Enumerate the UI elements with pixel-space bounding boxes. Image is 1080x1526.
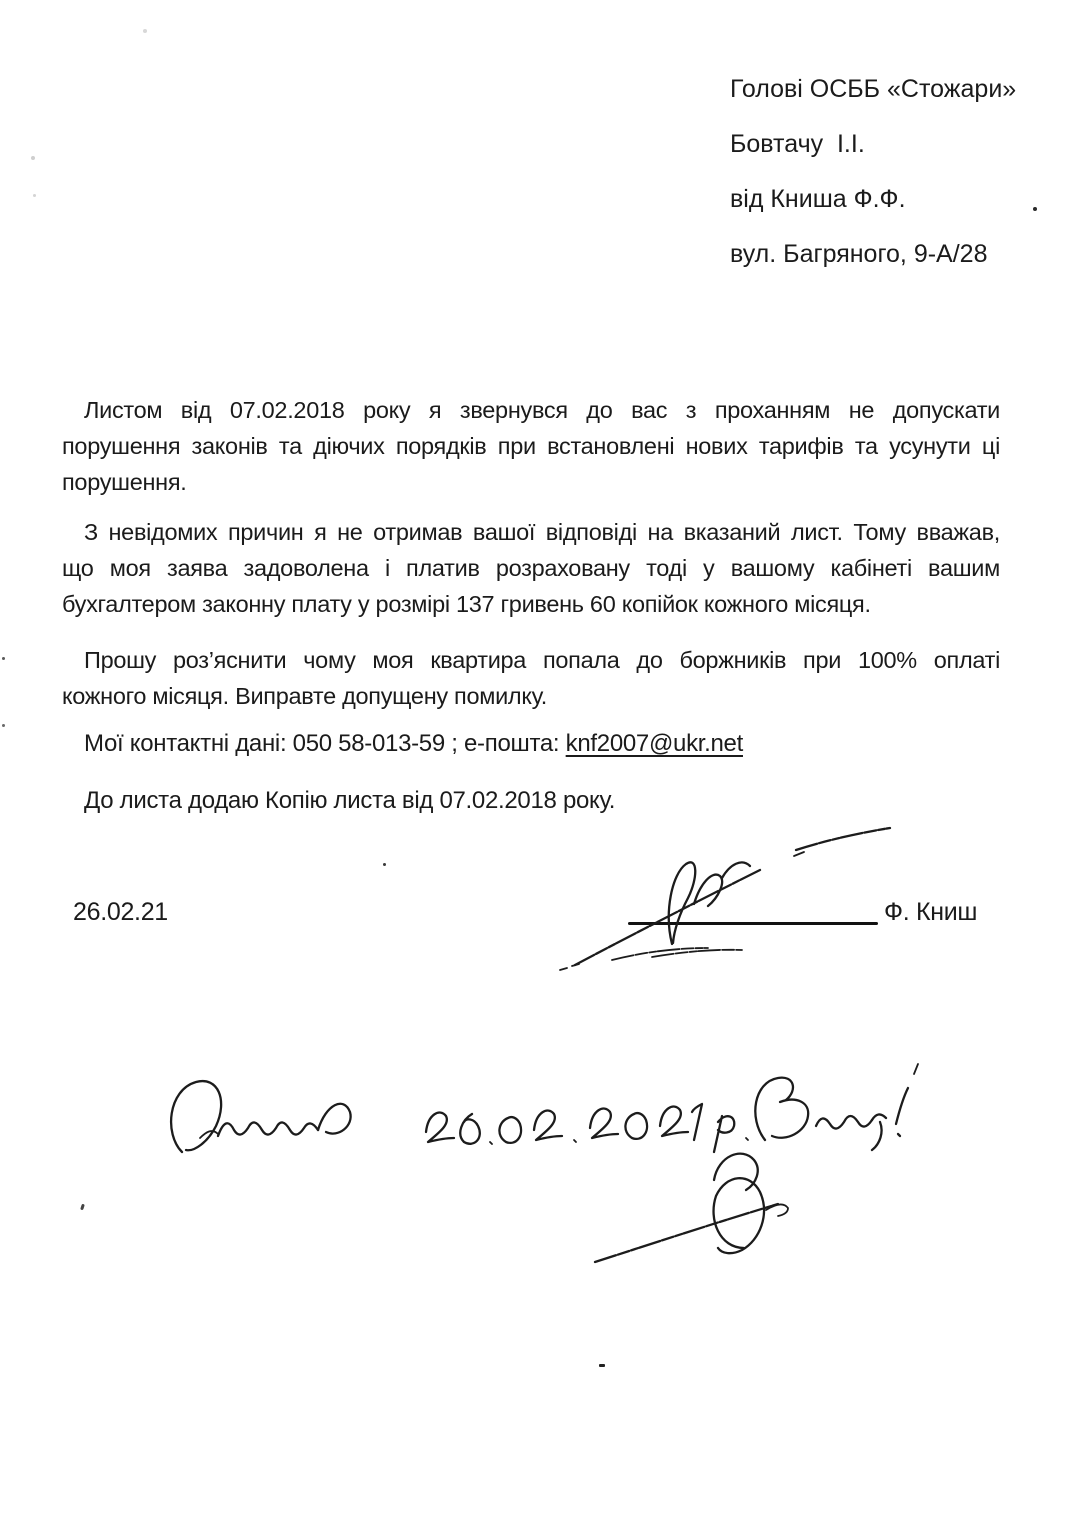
letter-date: 26.02.21 (73, 898, 168, 927)
scanned-letter-page: Голові ОСББ «Стожари» Бовтачу І.І. від К… (0, 0, 1080, 1526)
scan-speck (80, 1204, 85, 1211)
paragraph-line: Прошу роз’яснити чому моя квартира попал… (62, 642, 1000, 678)
body-paragraph-2: З невідомих причин я не отримав вашої ві… (62, 514, 1000, 622)
scan-speck (33, 194, 36, 197)
scan-speck (599, 1364, 605, 1367)
scan-speck (383, 863, 386, 866)
contacts-line: Мої контактні дані: 050 58-013-59 ; е-по… (62, 729, 1000, 759)
body-paragraph-1: Листом від 07.02.2018 року я звернувся д… (62, 392, 1000, 500)
paragraph-line: порушення законів та діючих порядків при… (62, 428, 1000, 464)
paragraph-line: кожного місяця. Виправте допущену помилк… (62, 678, 1000, 714)
contacts-label: Мої контактні дані: 050 58-013-59 ; е-по… (84, 730, 566, 757)
recipient-line-addressee: Голові ОСББ «Стожари» (730, 74, 1016, 129)
scan-speck (1033, 207, 1037, 211)
body-paragraph-3: Прошу роз’яснити чому моя квартира попал… (62, 642, 1000, 714)
email-text: knf2007@ukr.net (566, 730, 743, 757)
recipient-line-name: Бовтачу І.І. (730, 129, 1016, 184)
sender-address-line: вул. Багряного, 9-А/28 (730, 239, 1016, 294)
scan-speck (31, 156, 35, 160)
paragraph-line: порушення. (62, 464, 1000, 500)
sender-signature-ink (552, 812, 902, 977)
paragraph-line: Листом від 07.02.2018 року я звернувся д… (62, 392, 1000, 428)
paragraph-line: бухгалтером законну плату у розмірі 137 … (62, 586, 1000, 622)
paragraph-line: З невідомих причин я не отримав вашої ві… (62, 514, 1000, 550)
handwritten-receipt-note-ink (140, 1052, 920, 1287)
recipient-block: Голові ОСББ «Стожари» Бовтачу І.І. від К… (730, 74, 1016, 294)
sender-line: від Книша Ф.Ф. (730, 184, 1016, 239)
scan-speck (2, 724, 5, 727)
scan-speck (2, 657, 5, 660)
scan-speck (143, 29, 147, 33)
paragraph-line: що моя заява задоволена і платив розрахо… (62, 550, 1000, 586)
